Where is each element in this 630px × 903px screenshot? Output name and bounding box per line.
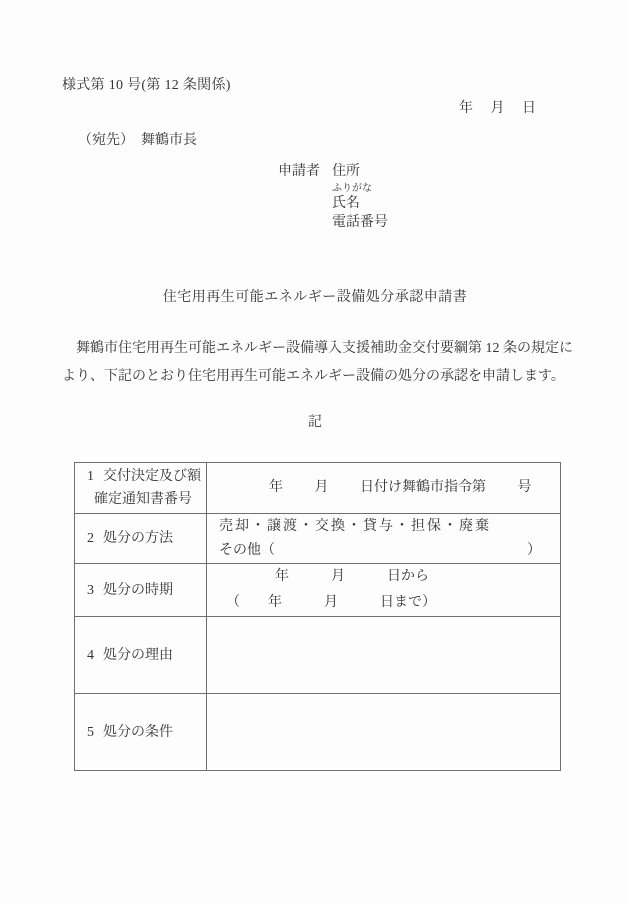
row-label: 交付決定及び額 [103, 465, 201, 488]
row-label-line: 2 処分の方法 [87, 527, 206, 550]
row-content-cell: 年 月 日付け舞鶴市指令第 号 [207, 463, 561, 514]
cell-text: 年 月 日付け舞鶴市指令第 号 [219, 479, 552, 497]
row-label: 処分の方法 [103, 527, 173, 550]
table-row-disposal-period: 3 処分の時期 年 月 日から （ 年 月 日まで） [75, 564, 561, 617]
row-label: 処分の条件 [103, 721, 173, 744]
row-number: 5 [87, 721, 103, 744]
furigana-label: ふりがな [332, 183, 388, 195]
cell-text: （ 年 月 日まで） [219, 590, 552, 616]
body-paragraph: 舞鶴市住宅用再生可能エネルギー設備導入支援補助金交付要綱第 12 条の規定に よ… [62, 335, 573, 391]
cell-text: その他（ ） [219, 539, 552, 563]
row-number: 3 [87, 579, 103, 602]
row-label-cell: 4 処分の理由 [75, 617, 207, 694]
row-content-cell: 年 月 日から （ 年 月 日まで） [207, 564, 561, 617]
addressee-line: （宛先） 舞鶴市長 [78, 129, 197, 149]
form-number-line: 様式第 10 号(第 12 条関係) [62, 74, 231, 94]
table-row-disposal-reason: 4 処分の理由 [75, 617, 561, 694]
body-line-1: 舞鶴市住宅用再生可能エネルギー設備導入支援補助金交付要綱第 12 条の規定に [62, 335, 573, 363]
row-label: 処分の時期 [103, 579, 173, 602]
row-label-line: 3 処分の時期 [87, 579, 206, 602]
applicant-label: 申請者 [278, 163, 320, 181]
row-label-cell: 1 交付決定及び額 確定通知書番号 [75, 463, 207, 514]
cell-text: 年 月 日から [219, 564, 552, 590]
cell-text: 売 却 ・ 譲 渡 ・ 交 換 ・ 貸 与 ・ 担 保 ・ 廃 棄 [219, 515, 552, 539]
applicant-block: 申請者 住所 ふりがな 氏名 電話番号 [278, 163, 388, 232]
phone-label: 電話番号 [332, 214, 388, 232]
row-label-cell: 5 処分の条件 [75, 694, 207, 771]
row-label-line: 4 処分の理由 [87, 644, 206, 667]
table-row-notice-number: 1 交付決定及び額 確定通知書番号 年 月 日付け舞鶴市指令第 号 [75, 463, 561, 514]
record-marker: 記 [0, 411, 630, 431]
row-label-cell: 3 処分の時期 [75, 564, 207, 617]
row-content-cell: 売 却 ・ 譲 渡 ・ 交 換 ・ 貸 与 ・ 担 保 ・ 廃 棄 その他（ ） [207, 514, 561, 564]
row-label-line: 1 交付決定及び額 [87, 465, 206, 488]
row-content-cell-empty [207, 617, 561, 694]
row-content-cell-empty [207, 694, 561, 771]
name-label: 氏名 [332, 196, 388, 212]
row-label-line2: 確定通知書番号 [87, 488, 206, 511]
row-label-line: 5 処分の条件 [87, 721, 206, 744]
body-line-2: より、下記のとおり住宅用再生可能エネルギー設備の処分の承認を申請します。 [62, 363, 573, 391]
row-number: 4 [87, 644, 103, 667]
row-number: 2 [87, 527, 103, 550]
application-table: 1 交付決定及び額 確定通知書番号 年 月 日付け舞鶴市指令第 号 2 処分の方… [74, 462, 561, 771]
address-label: 住所 [332, 163, 360, 181]
applicant-address-row: 申請者 住所 [278, 163, 388, 181]
date-line: 年 月 日 [0, 97, 536, 117]
document-title: 住宅用再生可能エネルギー設備処分承認申請書 [0, 286, 630, 306]
row-label-cell: 2 処分の方法 [75, 514, 207, 564]
row-number: 1 [87, 465, 103, 488]
row-label: 処分の理由 [103, 644, 173, 667]
document-page: 様式第 10 号(第 12 条関係) 年 月 日 （宛先） 舞鶴市長 申請者 住… [0, 0, 630, 903]
table-row-disposal-conditions: 5 処分の条件 [75, 694, 561, 771]
table-row-disposal-method: 2 処分の方法 売 却 ・ 譲 渡 ・ 交 換 ・ 貸 与 ・ 担 保 ・ 廃 … [75, 514, 561, 564]
